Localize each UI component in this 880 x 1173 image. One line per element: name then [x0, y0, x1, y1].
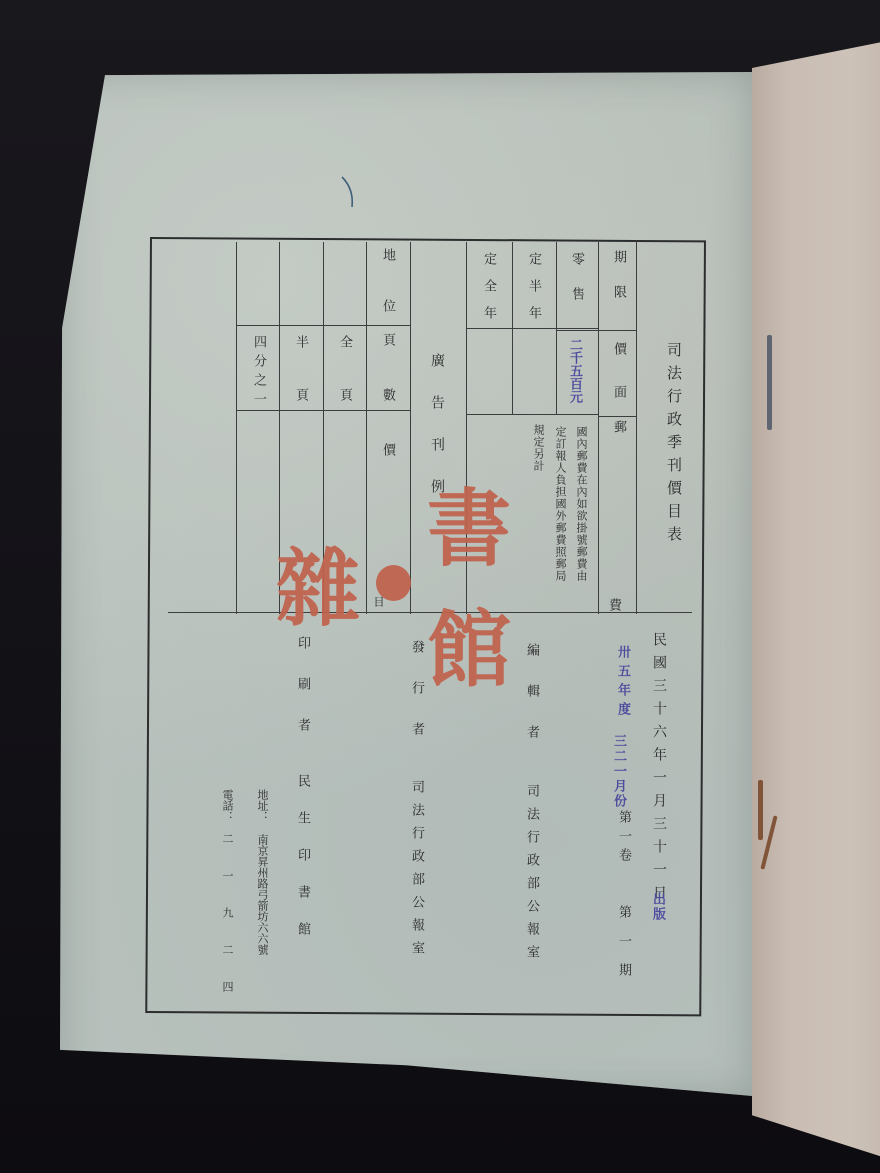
- publication-date: 民國三十六年一月三十一日: [652, 632, 666, 908]
- table-line: [323, 242, 324, 614]
- phone-number: 二一九二四: [222, 833, 233, 1018]
- header-unit: 面: [612, 385, 625, 398]
- table-line: [466, 242, 467, 614]
- table-line: [236, 242, 237, 614]
- postage-note-line-1: 國內郵費在內如欲掛號郵費由: [576, 426, 587, 582]
- header-full-year: 定全年: [482, 252, 495, 333]
- header-period: 期限: [612, 250, 625, 320]
- pen-mark-icon: [340, 175, 360, 211]
- ad-mark: 目: [373, 596, 384, 608]
- issue-year-stamp: 卅五年度: [616, 645, 629, 721]
- retail-price-stamp: 二千五百元: [568, 338, 581, 403]
- table-line: [598, 242, 599, 614]
- publisher-name: 司法行政部公報室: [410, 780, 423, 964]
- table-line: [636, 240, 637, 614]
- section-divider: [168, 612, 692, 613]
- table-line: [466, 414, 598, 415]
- adjacent-page: [752, 40, 880, 1160]
- header-retail: 零售: [570, 252, 583, 322]
- issue-month-stamp: 三二一月份: [612, 734, 625, 809]
- staple-top: [767, 335, 772, 430]
- address-label: 地址：: [257, 789, 268, 822]
- postage-note-line-2: 定訂報人負担國外郵費照郵局: [555, 426, 566, 582]
- editor-label: 編輯者: [525, 643, 538, 766]
- header-pages-price: 頁數價: [381, 333, 394, 498]
- printer-label: 印刷者: [296, 636, 309, 759]
- ad-half-page: 半頁: [294, 335, 307, 441]
- editor-name: 司法行政部公報室: [525, 784, 538, 968]
- table-line: [410, 242, 411, 614]
- header-price: 價: [612, 342, 625, 355]
- volume-number: 第一卷: [617, 810, 630, 867]
- ad-full-page: 全頁: [338, 335, 351, 441]
- header-half-year: 定半年: [527, 252, 540, 333]
- address: 南京昇州路弓箭坊六六號: [257, 834, 268, 955]
- staple-bottom: [758, 780, 763, 840]
- table-line: [556, 330, 636, 331]
- table-line: [279, 242, 280, 614]
- header-postage-fee: 費: [607, 598, 620, 611]
- publisher-label: 發行者: [410, 640, 423, 763]
- phone-label: 電話：: [222, 789, 233, 822]
- postage-note-line-3: 規定另計: [533, 424, 544, 472]
- issue-number: 第一期: [617, 905, 630, 992]
- date-stamp: 出版: [651, 892, 664, 922]
- ad-quarter-page: 四分之一: [252, 335, 265, 411]
- header-postage: 郵: [612, 420, 625, 433]
- price-list-title: 司法行政季刊價目表: [666, 342, 681, 549]
- printer-name: 民生印書館: [296, 774, 309, 959]
- table-line: [366, 242, 367, 614]
- ad-rates-title: 廣告刊例: [430, 353, 444, 521]
- table-line: [598, 416, 636, 417]
